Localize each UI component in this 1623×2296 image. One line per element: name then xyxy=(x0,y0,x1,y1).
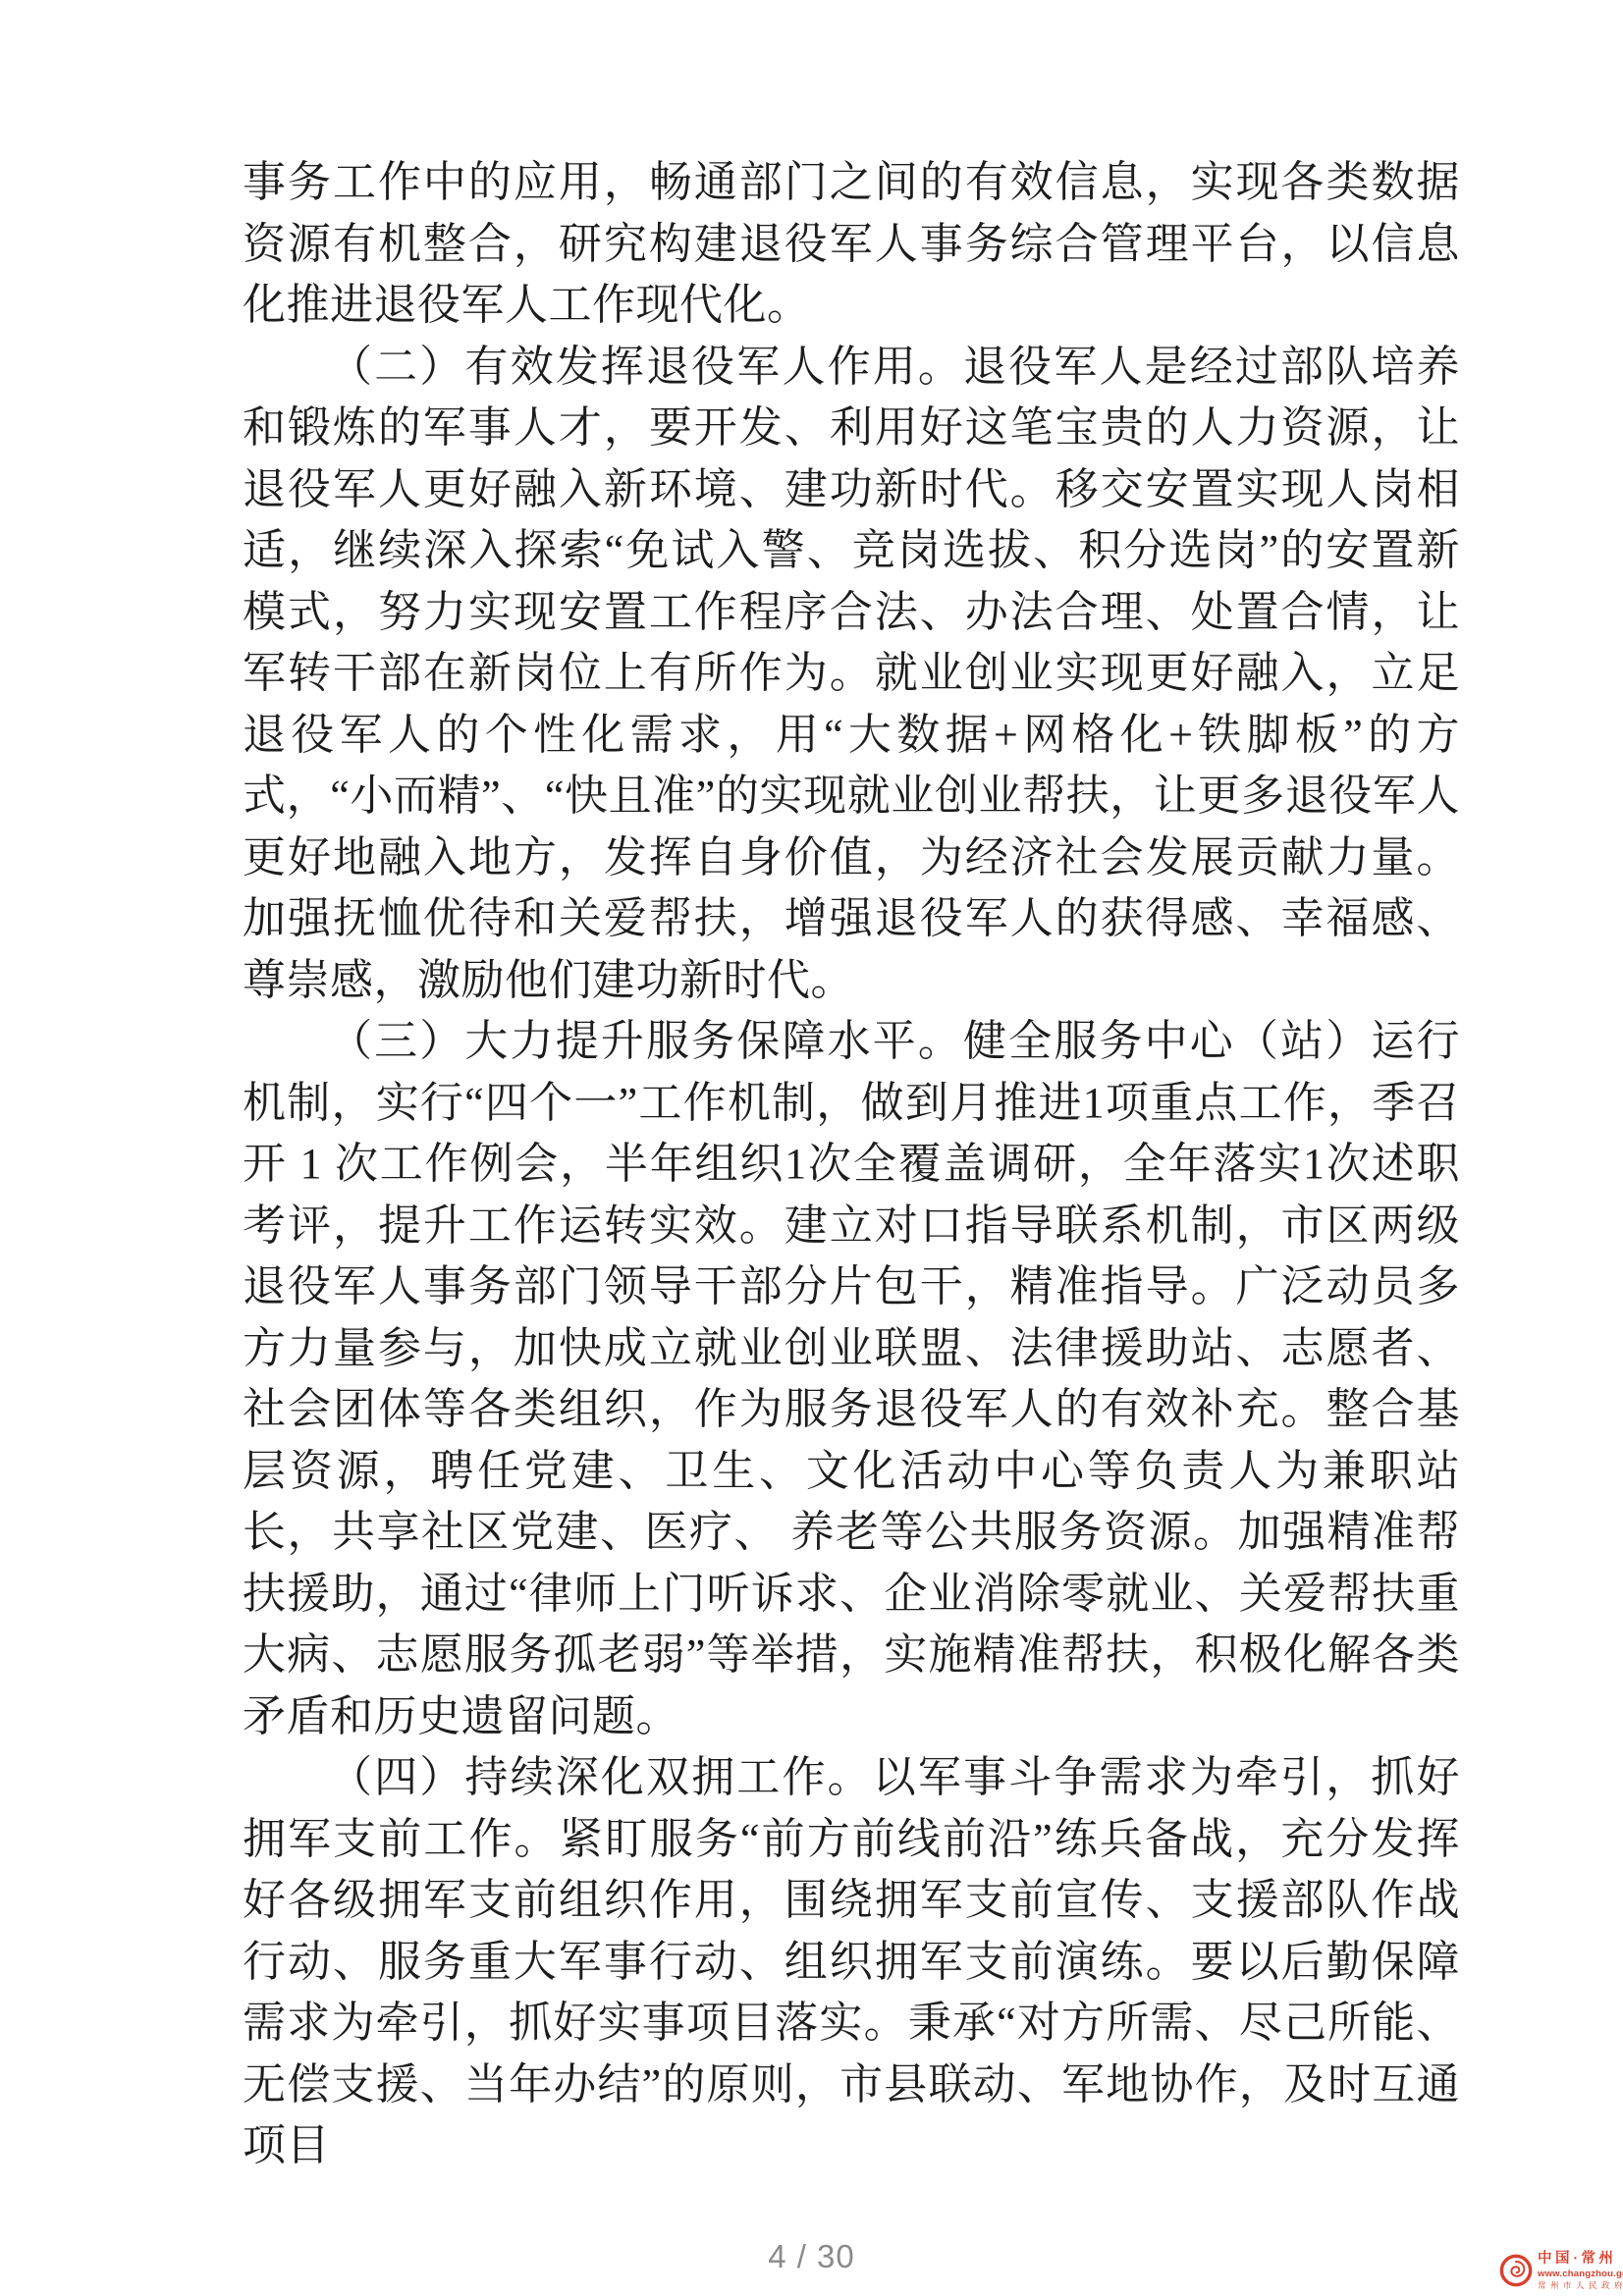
logo-text-block: 中国·常州 www.changzhou.gov.cn 常州市人民政府 xyxy=(1538,2252,1623,2290)
page-number: 4 / 30 xyxy=(0,2238,1623,2275)
paragraph-section-3: （三）大力提升服务保障水平。健全服务中心（站）运行机制，实行“四个一”工作机制，… xyxy=(243,1011,1460,1747)
changzhou-gov-logo: 中国·常州 www.changzhou.gov.cn 常州市人民政府 xyxy=(1499,2252,1623,2290)
logo-title: 中国·常州 xyxy=(1538,2252,1623,2267)
document-body: 事务工作中的应用，畅通部门之间的有效信息，实现各类数据资源有机整合，研究构建退役… xyxy=(243,152,1460,2177)
paragraph-continuation: 事务工作中的应用，畅通部门之间的有效信息，实现各类数据资源有机整合，研究构建退役… xyxy=(243,152,1460,337)
logo-subtitle: 常州市人民政府 xyxy=(1538,2281,1623,2290)
document-page: 事务工作中的应用，畅通部门之间的有效信息，实现各类数据资源有机整合，研究构建退役… xyxy=(0,0,1623,2296)
paragraph-section-2: （二）有效发挥退役军人作用。退役军人是经过部队培养和锻炼的军事人才，要开发、利用… xyxy=(243,337,1460,1012)
dragon-seal-icon xyxy=(1499,2254,1533,2287)
paragraph-section-4: （四）持续深化双拥工作。以军事斗争需求为牵引，抓好拥军支前工作。紧盯服务“前方前… xyxy=(243,1747,1460,2177)
logo-url: www.changzhou.gov.cn xyxy=(1538,2269,1623,2279)
